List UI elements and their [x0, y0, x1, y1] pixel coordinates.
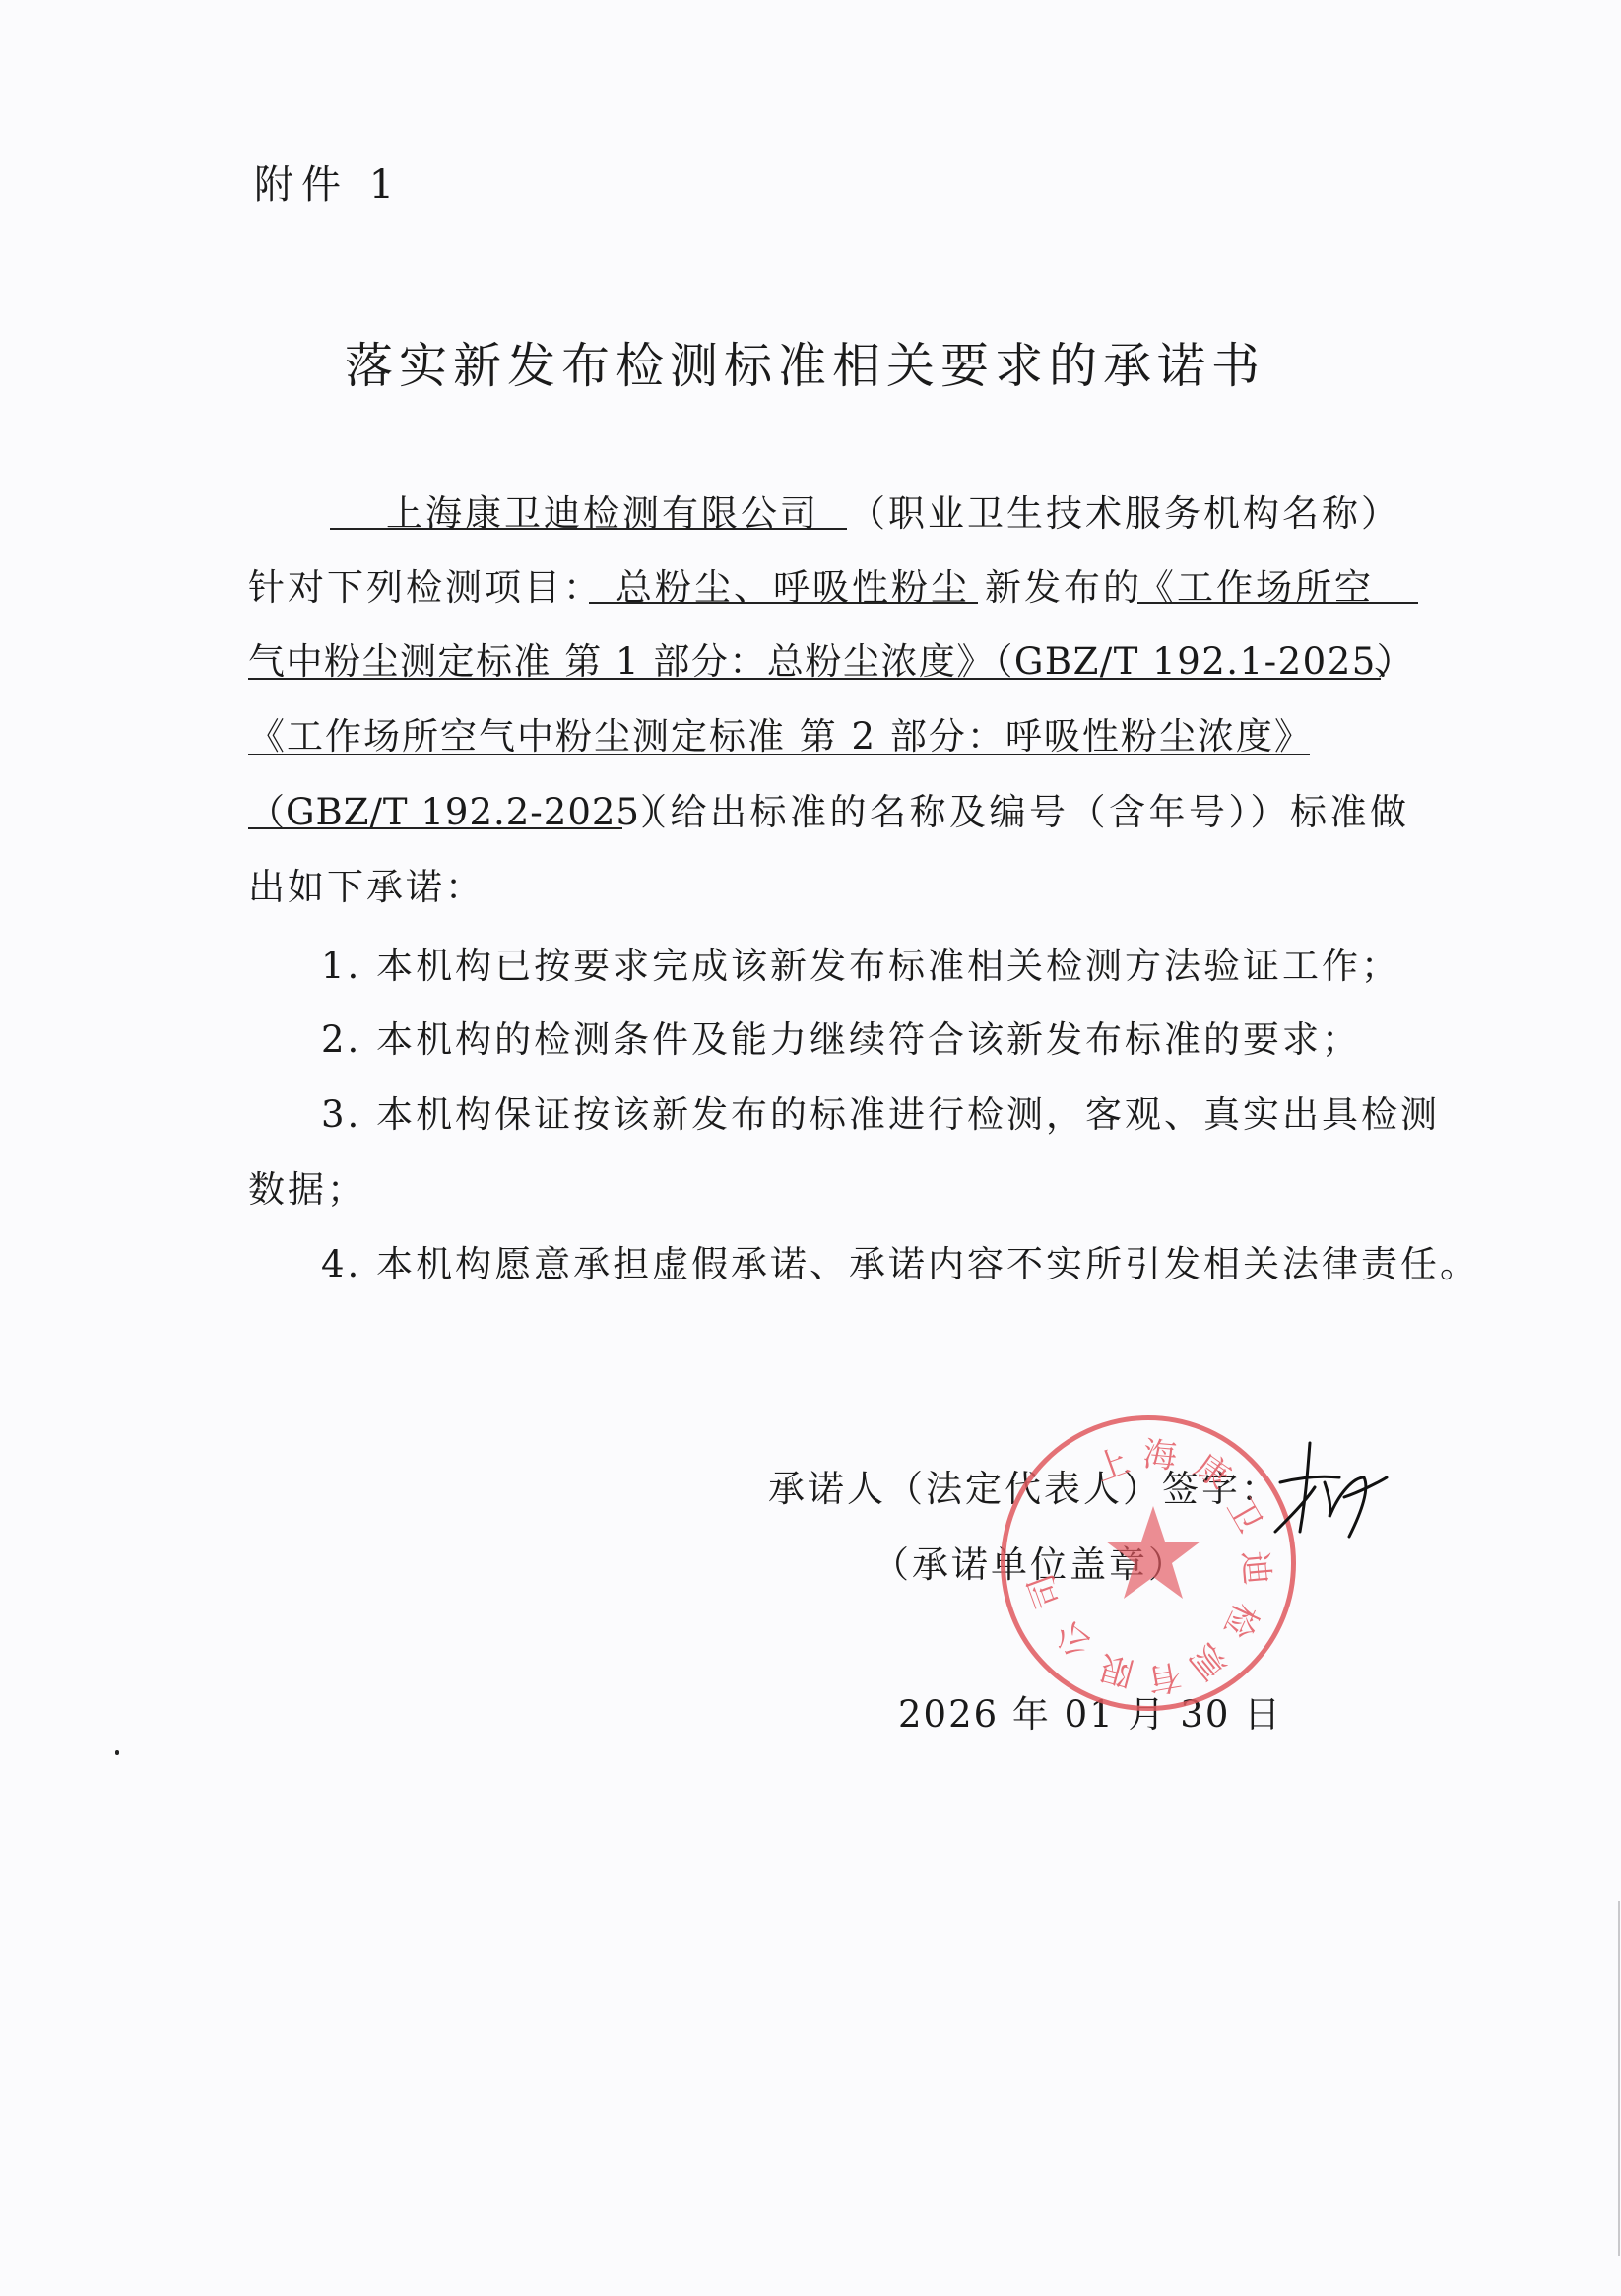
commitment-3: 3. 本机构保证按该新发布的标准进行检测，客观、真实出具检测 [321, 1096, 1440, 1133]
standard-1-underline-a [1137, 602, 1418, 604]
seal-char: 检 [1215, 1597, 1273, 1648]
seal-star-icon [1104, 1504, 1202, 1603]
document-title: 落实新发布检测标准相关要求的承诺书 [345, 342, 1265, 390]
org-name-underline [330, 528, 847, 530]
standard-1-continued: 气中粉尘测定标准 第 1 部分：总粉尘浓度》（GBZ/T 192.1-2025） [248, 643, 1414, 680]
commitment-1: 1. 本机构已按要求完成该新发布标准相关检测方法验证工作； [321, 948, 1400, 984]
seal-char: 限 [1093, 1645, 1138, 1700]
standard-2-code-underline [248, 827, 622, 829]
document-page: 附件 1 落实新发布检测标准相关要求的承诺书 上海康卫迪检测有限公司 （职业卫生… [0, 0, 1621, 2296]
standard-2-code: （GBZ/T 192.2-2025） [248, 794, 678, 830]
commitment-3-continued: 数据； [248, 1171, 366, 1208]
seal-char: 有 [1144, 1654, 1186, 1707]
signing-date: 2026 年 01 月 30 日 [898, 1696, 1282, 1733]
scan-edge-line [1618, 1901, 1620, 2256]
seal-char: 司 [1013, 1568, 1070, 1616]
test-items: 总粉尘、呼吸性粉尘 [616, 569, 970, 606]
org-name-suffix: （职业卫生技术服务机构名称） [849, 495, 1400, 532]
standard-separator: 、 [1374, 643, 1413, 680]
scan-speck [115, 1750, 119, 1755]
standard-1-underline-b [248, 678, 1381, 680]
handwritten-signature [1270, 1438, 1389, 1546]
org-name: 上海康卫迪检测有限公司 [386, 495, 819, 532]
new-standard-intro: 新发布的 [985, 569, 1142, 606]
attachment-label: 附件 1 [254, 165, 402, 205]
seal-char: 上 [1087, 1434, 1135, 1491]
seal-char: 迪 [1233, 1548, 1284, 1586]
commitment-4: 4. 本机构愿意承担虚假承诺、承诺内容不实所引发相关法律责任。 [321, 1246, 1479, 1282]
test-items-underline [589, 602, 978, 604]
seal-char: 康 [1187, 1440, 1242, 1499]
seal-char: 测 [1181, 1634, 1238, 1692]
standard-1-start: 《工作场所空 [1137, 569, 1374, 606]
seal-char: 卫 [1217, 1487, 1275, 1541]
seal-char: 公 [1043, 1612, 1101, 1671]
standard-2-name: 《工作场所空气中粉尘测定标准 第 2 部分：呼吸性粉尘浓度》 [248, 718, 1313, 754]
standard-2-underline [248, 754, 1310, 755]
items-prefix: 针对下列检测项目： [248, 569, 603, 606]
seal-char: 海 [1141, 1427, 1179, 1478]
commitment-2: 2. 本机构的检测条件及能力继续符合该新发布标准的要求； [321, 1021, 1361, 1058]
commitment-intro: 出如下承诺： [248, 869, 485, 905]
company-seal: 上 海 康 卫 迪 检 测 有 限 公 司 [1001, 1415, 1296, 1711]
standard-instruction: （给出标准的名称及编号（含年号））标准做 [630, 794, 1410, 830]
